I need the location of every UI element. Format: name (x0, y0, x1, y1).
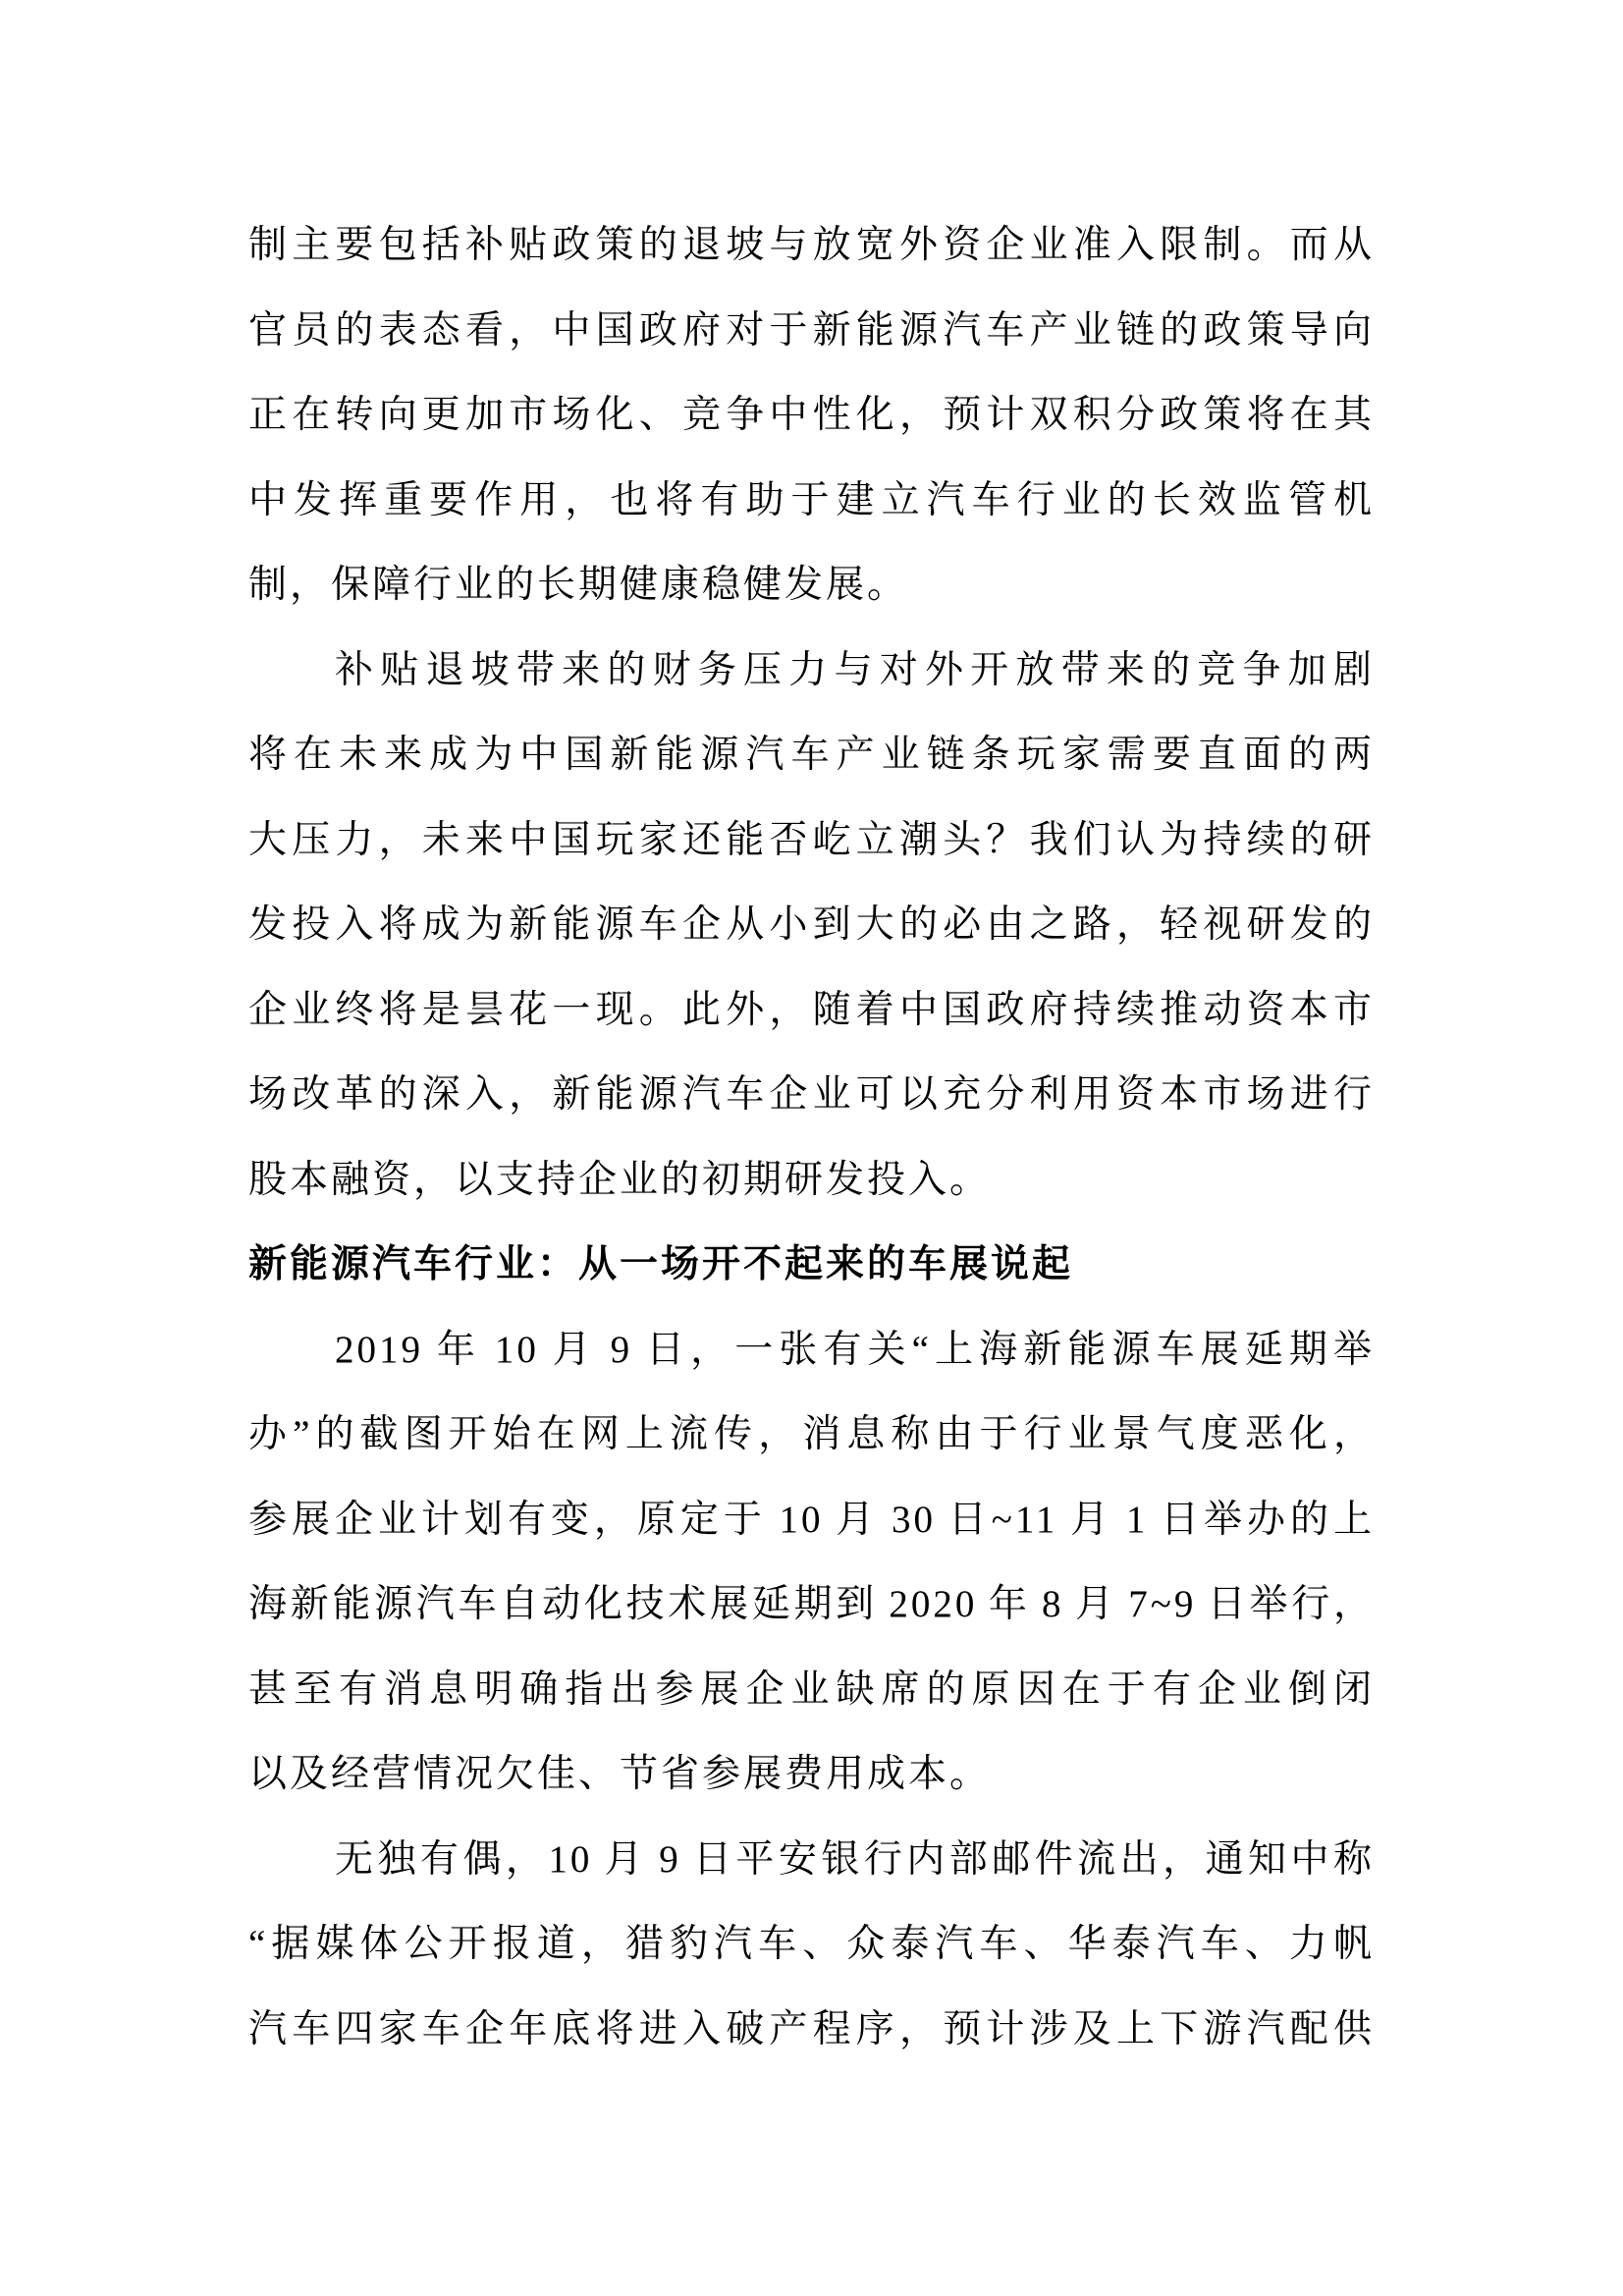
body-paragraph: 无独有偶，10 月 9 日平安银行内部邮件流出，通知中称“据媒体公开报道，猎豹汽… (248, 1818, 1375, 2073)
text-line: 大压力，未来中国玩家还能否屹立潮头？我们认为持续的研 (248, 798, 1375, 884)
text-line: 发投入将成为新能源车企从小到大的必由之路，轻视研发的 (248, 883, 1375, 968)
text-line: 以及经营情况欠佳、节省参展费用成本。 (248, 1732, 1375, 1818)
text-line: 场改革的深入，新能源汽车企业可以充分利用资本市场进行 (248, 1053, 1375, 1138)
document-page: 制主要包括补贴政策的退坡与放宽外资企业准入限制。而从官员的表态看，中国政府对于新… (0, 0, 1623, 2296)
text-line: 正在转向更加市场化、竞争中性化，预计双积分政策将在其 (248, 373, 1375, 459)
text-line: 制，保障行业的长期健康稳健发展。 (248, 543, 1375, 629)
body-paragraph: 2019 年 10 月 9 日，一张有关“上海新能源车展延期举办”的截图开始在网… (248, 1308, 1375, 1818)
body-paragraph: 制主要包括补贴政策的退坡与放宽外资企业准入限制。而从官员的表态看，中国政府对于新… (248, 203, 1375, 629)
heading-line: 新能源汽车行业：从一场开不起来的车展说起 (248, 1223, 1375, 1308)
text-line: 企业终将是昙花一现。此外，随着中国政府持续推动资本市 (248, 968, 1375, 1054)
section-heading: 新能源汽车行业：从一场开不起来的车展说起 (248, 1223, 1375, 1308)
text-line: 官员的表态看，中国政府对于新能源汽车产业链的政策导向 (248, 289, 1375, 374)
text-line: 制主要包括补贴政策的退坡与放宽外资企业准入限制。而从 (248, 203, 1375, 289)
body-paragraph: 补贴退坡带来的财务压力与对外开放带来的竞争加剧将在未来成为中国新能源汽车产业链条… (248, 629, 1375, 1224)
text-line: 中发挥重要作用，也将有助于建立汽车行业的长效监管机 (248, 459, 1375, 544)
text-content: 制主要包括补贴政策的退坡与放宽外资企业准入限制。而从官员的表态看，中国政府对于新… (248, 203, 1375, 2072)
text-line: 2019 年 10 月 9 日，一张有关“上海新能源车展延期举 (248, 1308, 1375, 1394)
text-line: 甚至有消息明确指出参展企业缺席的原因在于有企业倒闭 (248, 1648, 1375, 1733)
text-line: 将在未来成为中国新能源汽车产业链条玩家需要直面的两 (248, 713, 1375, 798)
text-line: 补贴退坡带来的财务压力与对外开放带来的竞争加剧 (248, 629, 1375, 714)
text-line: 无独有偶，10 月 9 日平安银行内部邮件流出，通知中称 (248, 1818, 1375, 1903)
text-line: 汽车四家车企年底将进入破产程序，预计涉及上下游汽配供 (248, 1988, 1375, 2073)
text-line: “据媒体公开报道，猎豹汽车、众泰汽车、华泰汽车、力帆 (248, 1902, 1375, 1988)
text-line: 参展企业计划有变，原定于 10 月 30 日~11 月 1 日举办的上 (248, 1478, 1375, 1563)
text-line: 海新能源汽车自动化技术展延期到 2020 年 8 月 7~9 日举行， (248, 1562, 1375, 1648)
text-line: 办”的截图开始在网上流传，消息称由于行业景气度恶化， (248, 1393, 1375, 1478)
text-line: 股本融资，以支持企业的初期研发投入。 (248, 1138, 1375, 1224)
